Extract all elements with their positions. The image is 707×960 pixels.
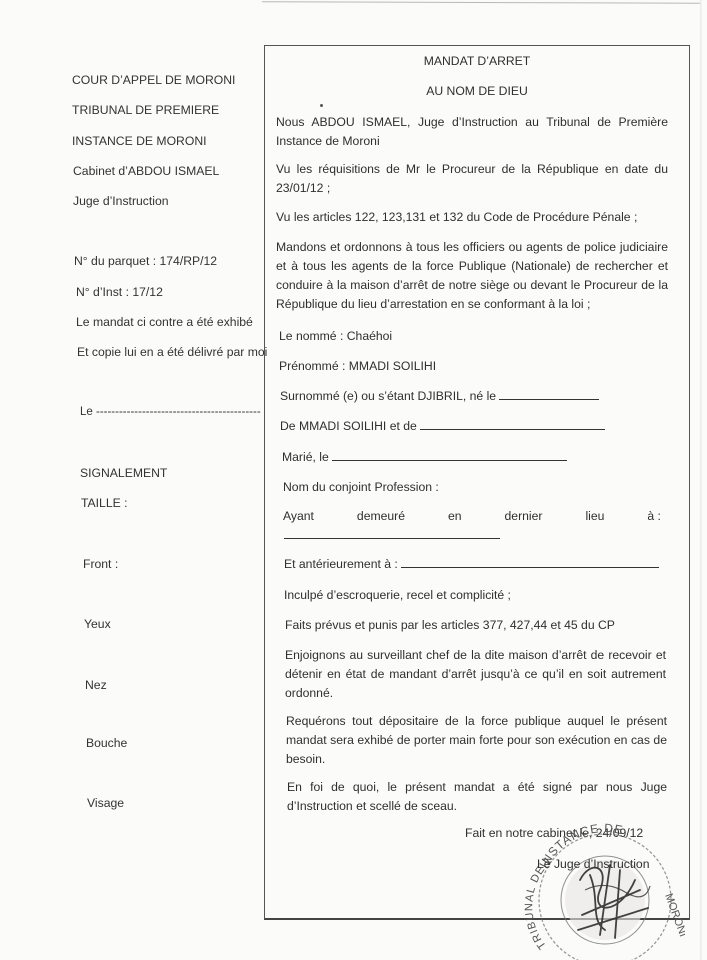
ink-speck (320, 104, 323, 107)
birth-date-blank (499, 389, 599, 400)
tribunal-line-1: TRIBUNAL DE PREMIERE (72, 103, 219, 117)
field-eyes: Yeux (84, 617, 111, 631)
firstname-line: Prénommé : MMADI SOILIHI (279, 359, 436, 373)
field-height: TAILLE : (81, 496, 128, 510)
residence-word: demeuré (357, 509, 405, 523)
detention-order-paragraph: Enjoignons au surveillant chef de la dit… (285, 646, 666, 703)
articles-paragraph: Vu les articles 122, 123,131 et 132 du C… (276, 208, 668, 227)
field-nose: Nez (85, 678, 107, 692)
parents-label: De MMADI SOILIHI et de (280, 419, 417, 433)
warrant-title: MANDAT D’ARRET (264, 54, 690, 68)
field-mouth: Bouche (86, 736, 127, 750)
description-heading: SIGNALEMENT (80, 466, 167, 480)
residence-word: Ayant (283, 509, 314, 523)
signatory: Le Juge d’Instruction (537, 857, 649, 871)
previous-residence-line: Et antérieurement à : (284, 557, 659, 571)
court-seal-icon: INSTANCE DE TRIBUNAL DE 1 MORONI (520, 820, 685, 960)
parents-line: De MMADI SOILIHI et de (280, 419, 605, 433)
field-forehead: Front : (83, 557, 118, 571)
previous-residence-label: Et antérieurement à : (284, 557, 398, 571)
parquet-number: N° du parquet : 174/RP/12 (74, 254, 217, 268)
married-line: Marié, le (282, 450, 567, 464)
copy-note: Et copie lui en a été délivré par moi (77, 345, 267, 359)
intro-paragraph: Nous ABDOU ISMAEL, Juge d’Instruction au… (276, 113, 668, 151)
mother-name-blank (420, 419, 605, 430)
court-name: COUR D’APPEL DE MORONI (72, 73, 235, 87)
alias-label: Surnommé (e) ou s’étant DJIBRIL, né le (280, 389, 496, 403)
order-paragraph: Mandons et ordonnons à tous les officier… (276, 238, 668, 314)
last-residence-blank (284, 538, 500, 539)
residence-word: dernier (505, 509, 543, 523)
alias-line: Surnommé (e) ou s’étant DJIBRIL, né le (280, 389, 599, 403)
spouse-line: Nom du conjoint Profession : (283, 480, 439, 494)
married-date-blank (332, 450, 567, 461)
surname-line: Le nommé : Chaéhoi (279, 329, 392, 343)
cabinet-name: Cabinet d’ABDOU ISMAEL (73, 164, 219, 178)
married-label: Marié, le (282, 450, 329, 464)
warrant-subtitle: AU NOM DE DIEU (264, 84, 690, 98)
residence-word: à : (647, 509, 661, 523)
closing-paragraph: En foi de quoi, le présent mandat a été … (287, 778, 667, 816)
previous-residence-blank (401, 557, 659, 568)
page-edge-right (700, 0, 702, 960)
requisitions-paragraph: Vu les réquisitions de Mr le Procureur d… (276, 160, 668, 198)
tribunal-line-2: INSTANCE DE MORONI (72, 134, 207, 148)
instruction-number: N° d’Inst : 17/12 (76, 285, 163, 299)
assistance-paragraph: Requérons tout dépositaire de la force p… (286, 712, 667, 769)
svg-text:MORONI: MORONI (662, 892, 685, 939)
date-line: Le -------------------------------------… (80, 406, 261, 418)
left-column: COUR D’APPEL DE MORONI TRIBUNAL DE PREMI… (0, 0, 262, 960)
charges-line: Inculpé d’escroquerie, recel et complici… (284, 588, 511, 602)
page-edge (262, 1, 702, 4)
field-face: Visage (87, 796, 124, 810)
residence-word: lieu (585, 509, 604, 523)
residence-line: Ayant demeuré en dernier lieu à : (283, 509, 661, 523)
judge-role: Juge d’Instruction (73, 194, 169, 208)
residence-word: en (448, 509, 462, 523)
legal-basis-line: Faits prévus et punis par les articles 3… (285, 618, 615, 632)
exhibited-note: Le mandat ci contre a été exhibé (76, 315, 253, 329)
